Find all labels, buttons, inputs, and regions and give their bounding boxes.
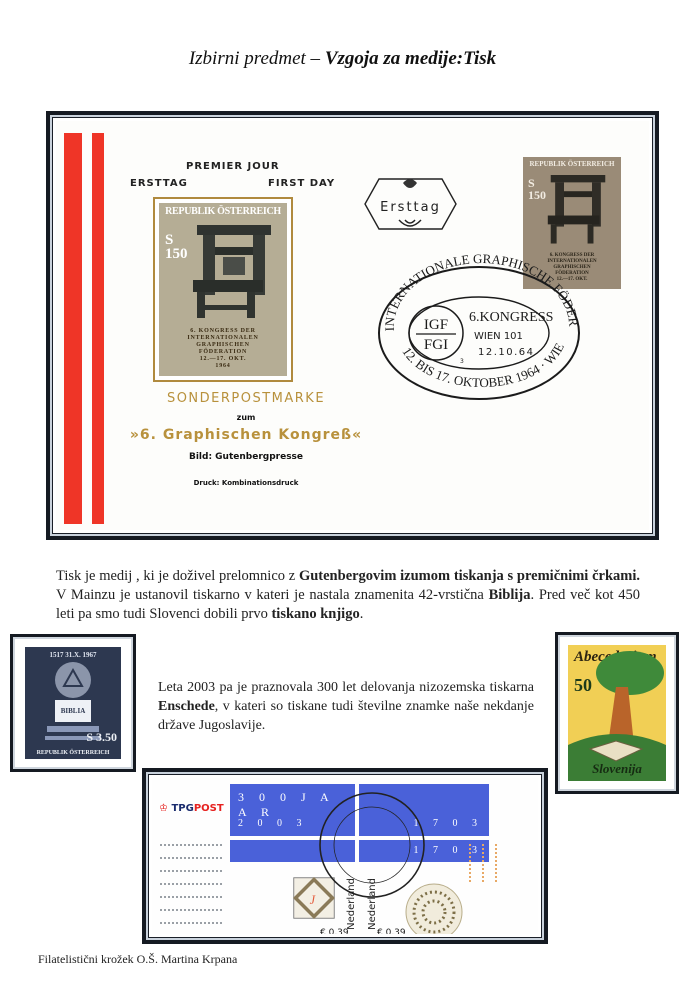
- tpg-post-logo: ♔ TPGPOST: [159, 803, 224, 814]
- event-title: »6. Graphischen Kongreß«: [56, 427, 436, 443]
- intro-paragraph: Tisk je medij , ki je doživel prelomnico…: [56, 567, 640, 624]
- svg-text:FGI: FGI: [424, 337, 448, 353]
- svg-text:WIEN 101: WIEN 101: [474, 331, 523, 342]
- first-day-cover: PREMIER JOUR ERSTTAG FIRST DAY REPUBLIK …: [46, 111, 659, 540]
- red-stripe: [92, 133, 104, 524]
- printing-press-icon: [547, 175, 609, 245]
- sheet-small-print: [160, 844, 222, 934]
- postmark-cancellation: INTERNATIONALE GRAPHISCHE FÖDERATION 12.…: [374, 251, 584, 401]
- crown-icon: ♔: [159, 803, 168, 814]
- fdc-header-firstday: FIRST DAY: [268, 178, 335, 189]
- eagle-icon: [403, 179, 417, 188]
- footer-credit: Filatelistični krožek O.Š. Martina Krpan…: [38, 952, 237, 967]
- svg-text:6.KONGRESS: 6.KONGRESS: [469, 310, 553, 325]
- enschede-paragraph: Leta 2003 pa je praznovala 300 let delov…: [158, 678, 534, 735]
- bild-label: Bild: Gutenbergpresse: [56, 452, 436, 462]
- svg-text:IGF: IGF: [424, 317, 448, 333]
- svg-text:12.10.64: 12.10.64: [478, 347, 535, 358]
- sheet-side-print: [458, 844, 497, 884]
- souvenir-sheet-enschede: ♔ TPGPOST 3 0 0 J A A R 2 0 0 3 1 7 0 3 …: [142, 768, 548, 944]
- cachet-stamp-image: REPUBLIK ÖSTERREICH S150 6. KONGRESS DER…: [153, 197, 293, 382]
- postage-stamp-slovenia: Abecedarium 50 Slovenija: [568, 645, 666, 781]
- stamp-value-2: € 0,39: [377, 928, 406, 934]
- stamp-country: REPUBLIK ÖSTERREICH: [159, 206, 287, 217]
- title-subject: Izbirni predmet –: [189, 48, 325, 69]
- druck-label: Druck: Kombinationsdruck: [56, 479, 436, 487]
- posthorn-icon: [399, 220, 421, 226]
- ersttag-cachet: Ersttag: [363, 173, 458, 235]
- page-title: Izbirni predmet – Vzgoja za medije:Tisk: [0, 48, 685, 70]
- stamp-mount-slovenia: Abecedarium 50 Slovenija: [555, 632, 679, 794]
- postage-stamp-austria-1967: 1517 31.X. 1967 BIBLIA S 3.50 REPUBLIK Ö…: [25, 647, 121, 759]
- ersttag-text: Ersttag: [363, 200, 458, 215]
- title-topic: Vzgoja za medije:Tisk: [325, 48, 496, 69]
- postmark-cancellation: [302, 790, 442, 900]
- stamp-caption: 6. KONGRESS DERINTERNATIONALENGRAPHISCHE…: [159, 328, 287, 370]
- stamp-value: S150: [165, 233, 188, 261]
- stamp-mount-austria: 1517 31.X. 1967 BIBLIA S 3.50 REPUBLIK Ö…: [10, 634, 136, 772]
- zum-label: zum: [56, 413, 436, 422]
- printing-press-icon: [193, 225, 275, 320]
- fdc-header-premier: PREMIER JOUR: [186, 161, 280, 172]
- svg-text:3: 3: [460, 358, 464, 365]
- red-stripe: [64, 133, 82, 524]
- stamp-value-1: € 0,39: [320, 928, 349, 934]
- fdc-header-ersttag: ERSTTAG: [130, 178, 188, 189]
